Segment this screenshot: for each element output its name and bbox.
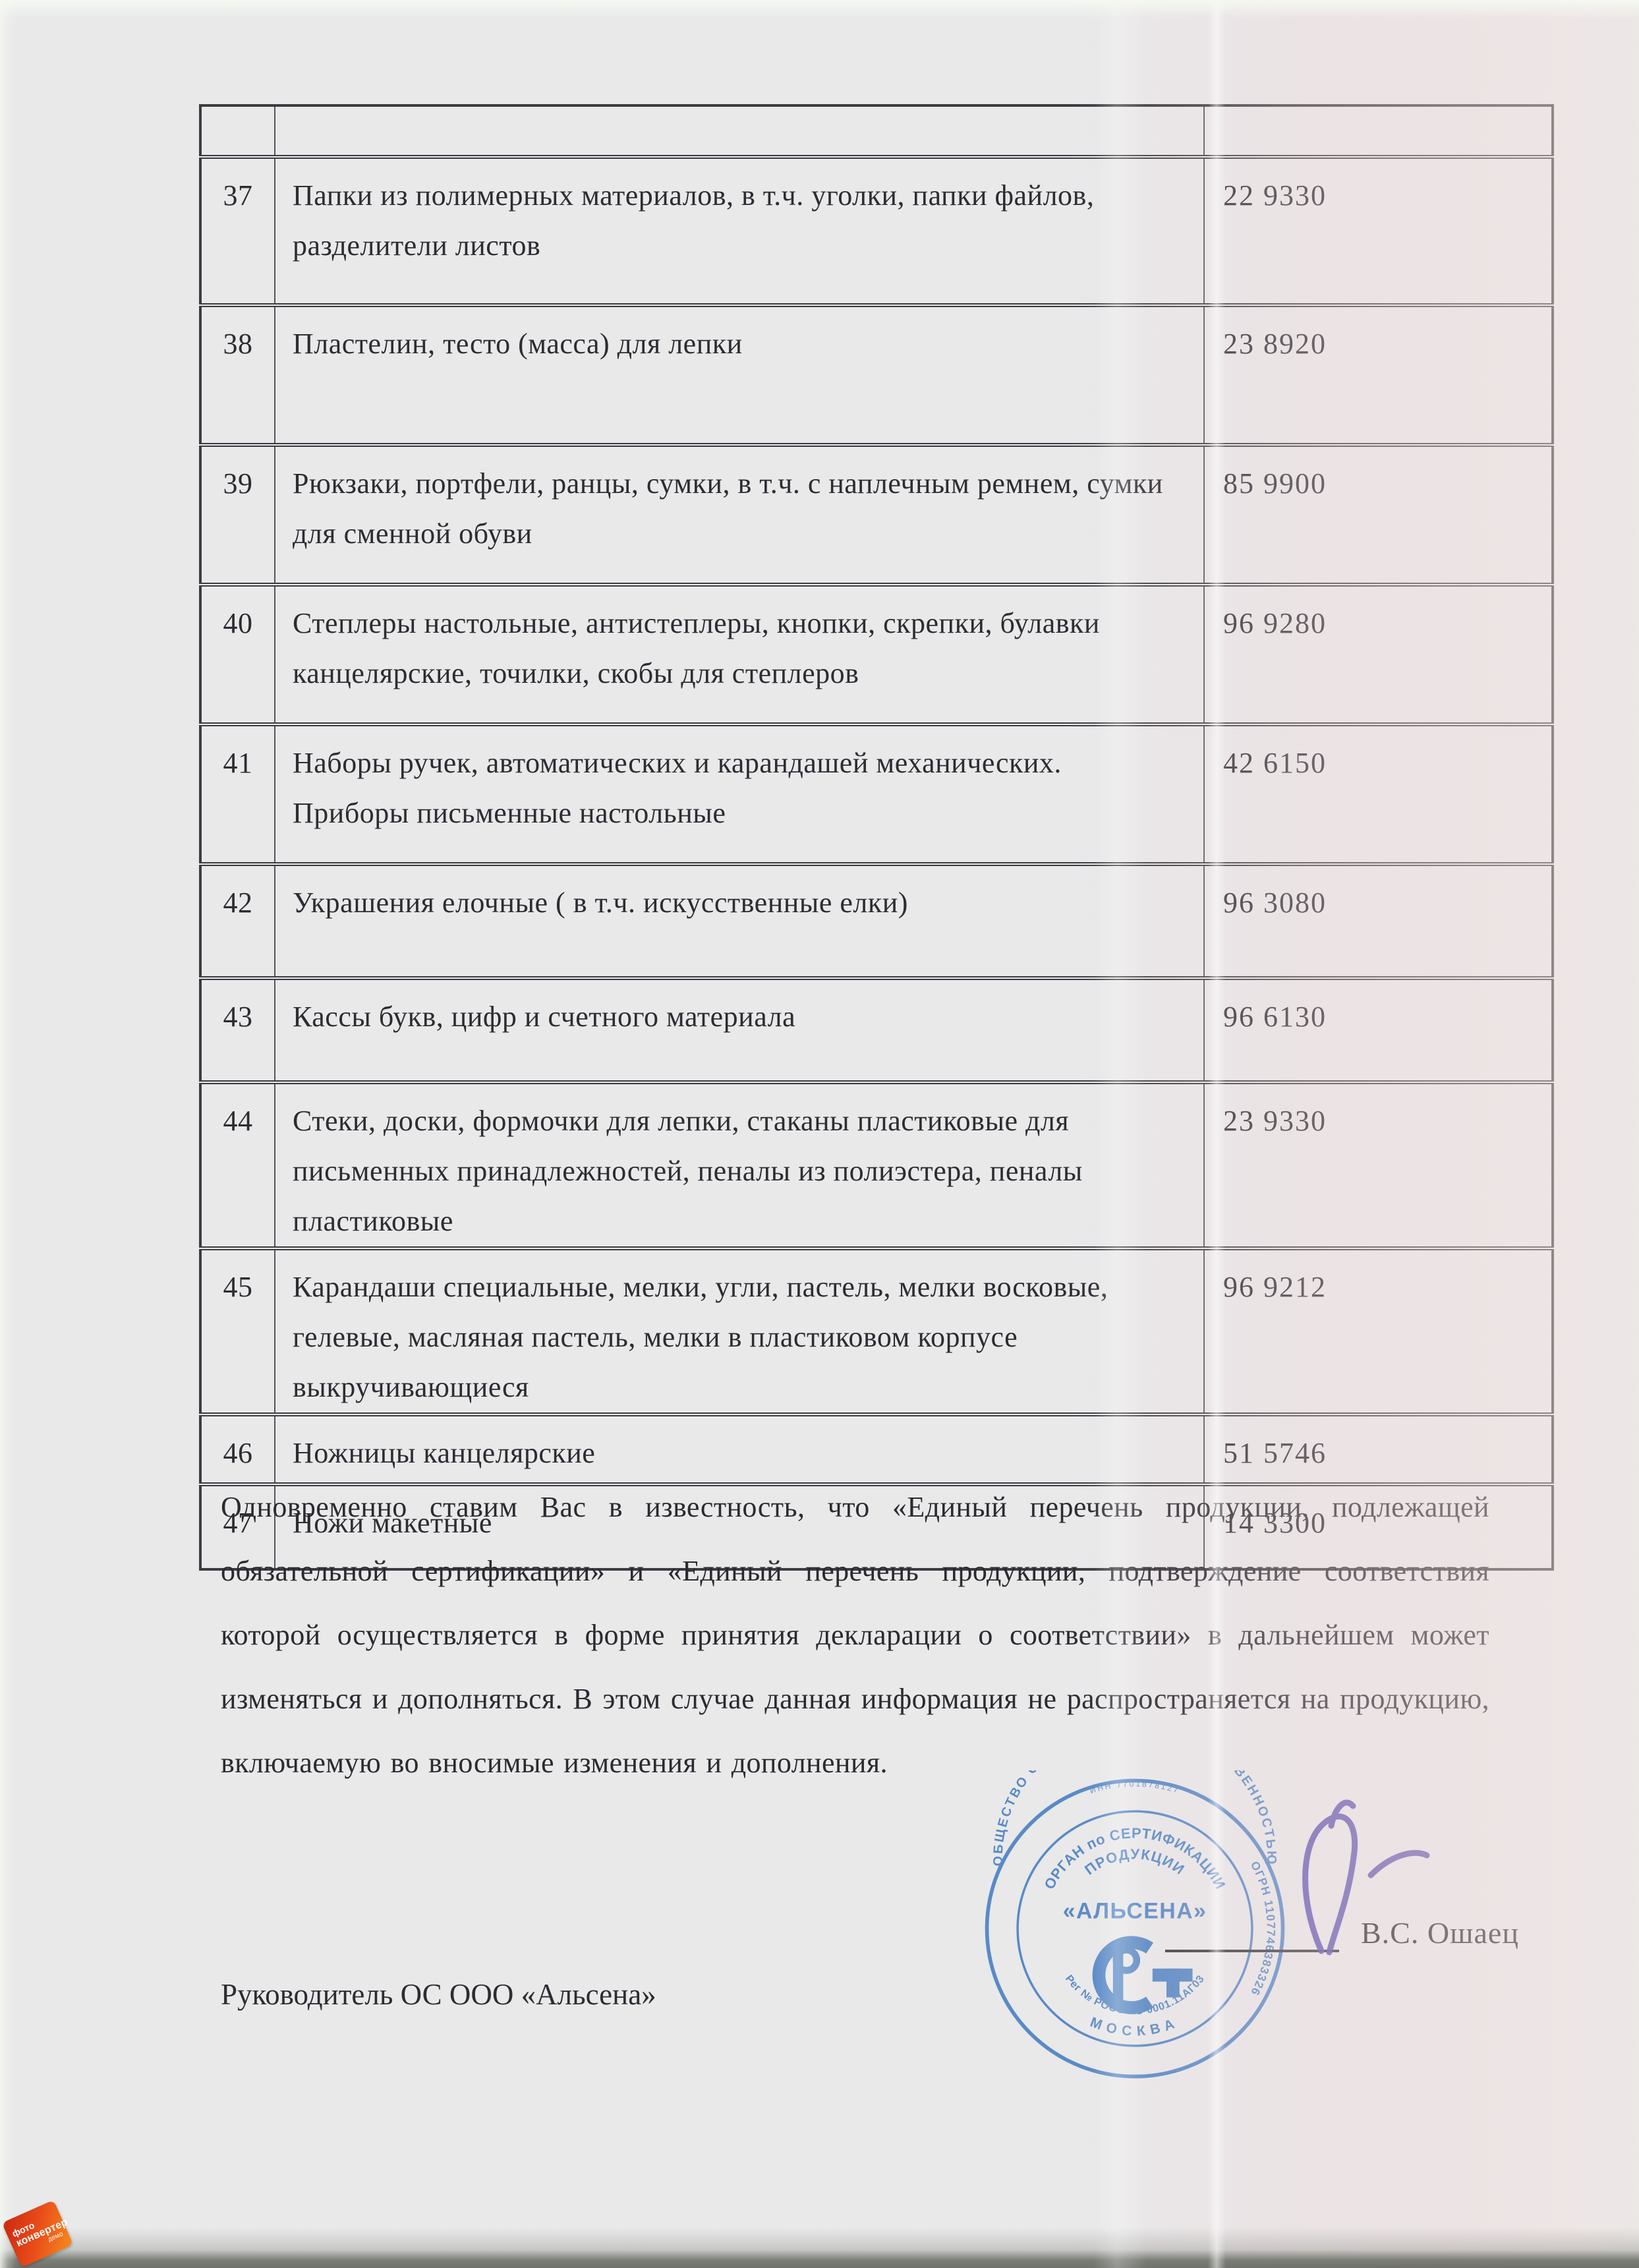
stamp-arc-line2: ПРОДУКЦИИ bbox=[1081, 1846, 1188, 1878]
okp-code-cell: 23 8920 bbox=[1204, 305, 1553, 445]
row-number-cell: 37 bbox=[200, 157, 275, 305]
okp-code-cell: 23 9330 bbox=[1204, 1082, 1553, 1248]
row-number-cell: 40 bbox=[200, 585, 275, 724]
product-description-cell: Кассы букв, цифр и счетного материала bbox=[275, 978, 1204, 1082]
row-number-cell: 41 bbox=[200, 724, 275, 864]
row-number-cell: 42 bbox=[200, 864, 275, 978]
header-cell-description bbox=[275, 105, 1204, 157]
table-body: 37 Папки из полимерных материалов, в т.ч… bbox=[200, 157, 1553, 1569]
table-row: 46 Ножницы канцелярские 51 5746 bbox=[200, 1414, 1553, 1484]
product-description-cell: Папки из полимерных материалов, в т.ч. у… bbox=[275, 157, 1204, 305]
row-number-cell: 45 bbox=[200, 1248, 275, 1414]
signature-stroke-flourish bbox=[1371, 1853, 1427, 1875]
product-description-cell: Украшения елочные ( в т.ч. искусственные… bbox=[275, 864, 1204, 978]
okp-code-cell: 96 9212 bbox=[1204, 1248, 1553, 1414]
row-number-cell: 39 bbox=[200, 445, 275, 585]
photo-converter-demo-watermark: фото конвертер демо bbox=[2, 2200, 74, 2268]
product-description-cell: Степлеры настольные, антистеплеры, кнопк… bbox=[275, 585, 1204, 724]
table-row: 40 Степлеры настольные, антистеплеры, кн… bbox=[200, 585, 1553, 724]
table-row: 39 Рюкзаки, портфели, ранцы, сумки, в т.… bbox=[200, 445, 1553, 585]
stamp-city: МОСКВА bbox=[1088, 2014, 1182, 2039]
header-cell-code bbox=[1204, 105, 1553, 157]
product-description-cell: Пластелин, тесто (масса) для лепки bbox=[275, 305, 1204, 445]
row-number-cell: 46 bbox=[200, 1414, 275, 1484]
row-number-cell: 43 bbox=[200, 978, 275, 1082]
okp-code-cell: 96 3080 bbox=[1204, 864, 1553, 978]
table-row: 41 Наборы ручек, автоматических и каранд… bbox=[200, 724, 1553, 864]
certification-products-table: 37 Папки из полимерных материалов, в т.ч… bbox=[199, 104, 1554, 1571]
stamp-ring-tiny-text: ИНН 7701878127 bbox=[1089, 1779, 1181, 1795]
table-row: 38 Пластелин, тесто (масса) для лепки 23… bbox=[200, 305, 1553, 445]
okp-code-cell: 22 9330 bbox=[1204, 157, 1553, 305]
table-row: 45 Карандаши специальные, мелки, угли, п… bbox=[200, 1248, 1553, 1414]
signature-role-label: Руководитель ОС ООО «Альсена» bbox=[221, 1977, 656, 2012]
okp-code-cell: 85 9900 bbox=[1204, 445, 1553, 585]
okp-code-cell: 96 9280 bbox=[1204, 585, 1553, 724]
row-number-cell: 38 bbox=[200, 305, 275, 445]
stamp-org-name: «АЛЬСЕНА» bbox=[1063, 1898, 1207, 1923]
table-row: 44 Стеки, доски, формочки для лепки, ста… bbox=[200, 1082, 1553, 1248]
table-header-row bbox=[200, 105, 1553, 157]
header-cell-number bbox=[200, 105, 275, 157]
product-description-cell: Ножницы канцелярские bbox=[275, 1414, 1204, 1484]
product-description-cell: Наборы ручек, автоматических и карандаше… bbox=[275, 724, 1204, 864]
product-description-cell: Карандаши специальные, мелки, угли, паст… bbox=[275, 1248, 1204, 1414]
table-row: 43 Кассы букв, цифр и счетного материала… bbox=[200, 978, 1553, 1082]
table-row: 42 Украшения елочные ( в т.ч. искусствен… bbox=[200, 864, 1553, 978]
product-description-cell: Рюкзаки, портфели, ранцы, сумки, в т.ч. … bbox=[275, 445, 1204, 585]
alsena-round-stamp: ИНН 7701878127 ОБЩЕСТВО С ОГРАНИЧЕННОЙ О… bbox=[977, 1770, 1293, 2087]
handwritten-signature bbox=[1285, 1727, 1562, 1991]
table-row: 37 Папки из полимерных материалов, в т.ч… bbox=[200, 157, 1553, 305]
okp-code-cell: 96 6130 bbox=[1204, 978, 1553, 1082]
scanned-document-page: 37 Папки из полимерных материалов, в т.ч… bbox=[0, 0, 1639, 2268]
okp-code-cell: 51 5746 bbox=[1204, 1414, 1553, 1484]
product-description-cell: Стеки, доски, формочки для лепки, стакан… bbox=[275, 1082, 1204, 1248]
signature-stroke-loop bbox=[1306, 1817, 1355, 1952]
row-number-cell: 44 bbox=[200, 1082, 275, 1248]
okp-code-cell: 42 6150 bbox=[1204, 724, 1553, 864]
